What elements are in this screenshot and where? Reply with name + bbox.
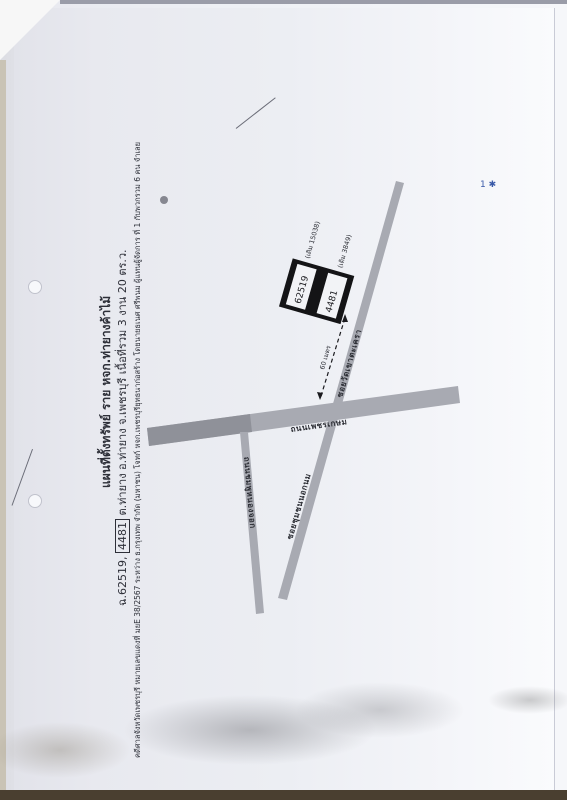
plot-group: 62519 4481 (เดิม 15038) (เดิม 3849): [279, 217, 366, 324]
road-main-shade: [147, 414, 252, 446]
plot-2-original: (เดิม 3849): [336, 234, 353, 269]
plot-1-original: (เดิม 15038): [303, 220, 321, 259]
road-label-soi-upper: ซอยวัดเขาตะเครา: [335, 328, 363, 398]
folded-corner: [0, 0, 60, 60]
scanner-bottom-edge: [0, 790, 567, 800]
road-label-soi-lower-left: ถนนชมพูหนองจอก: [241, 456, 257, 529]
location-map: ถนนเพชรเกษม ซอยวัดเขาตะเครา ซอยชุมชนนอกน…: [0, 0, 567, 800]
arrow-head-bottom: [317, 392, 323, 400]
